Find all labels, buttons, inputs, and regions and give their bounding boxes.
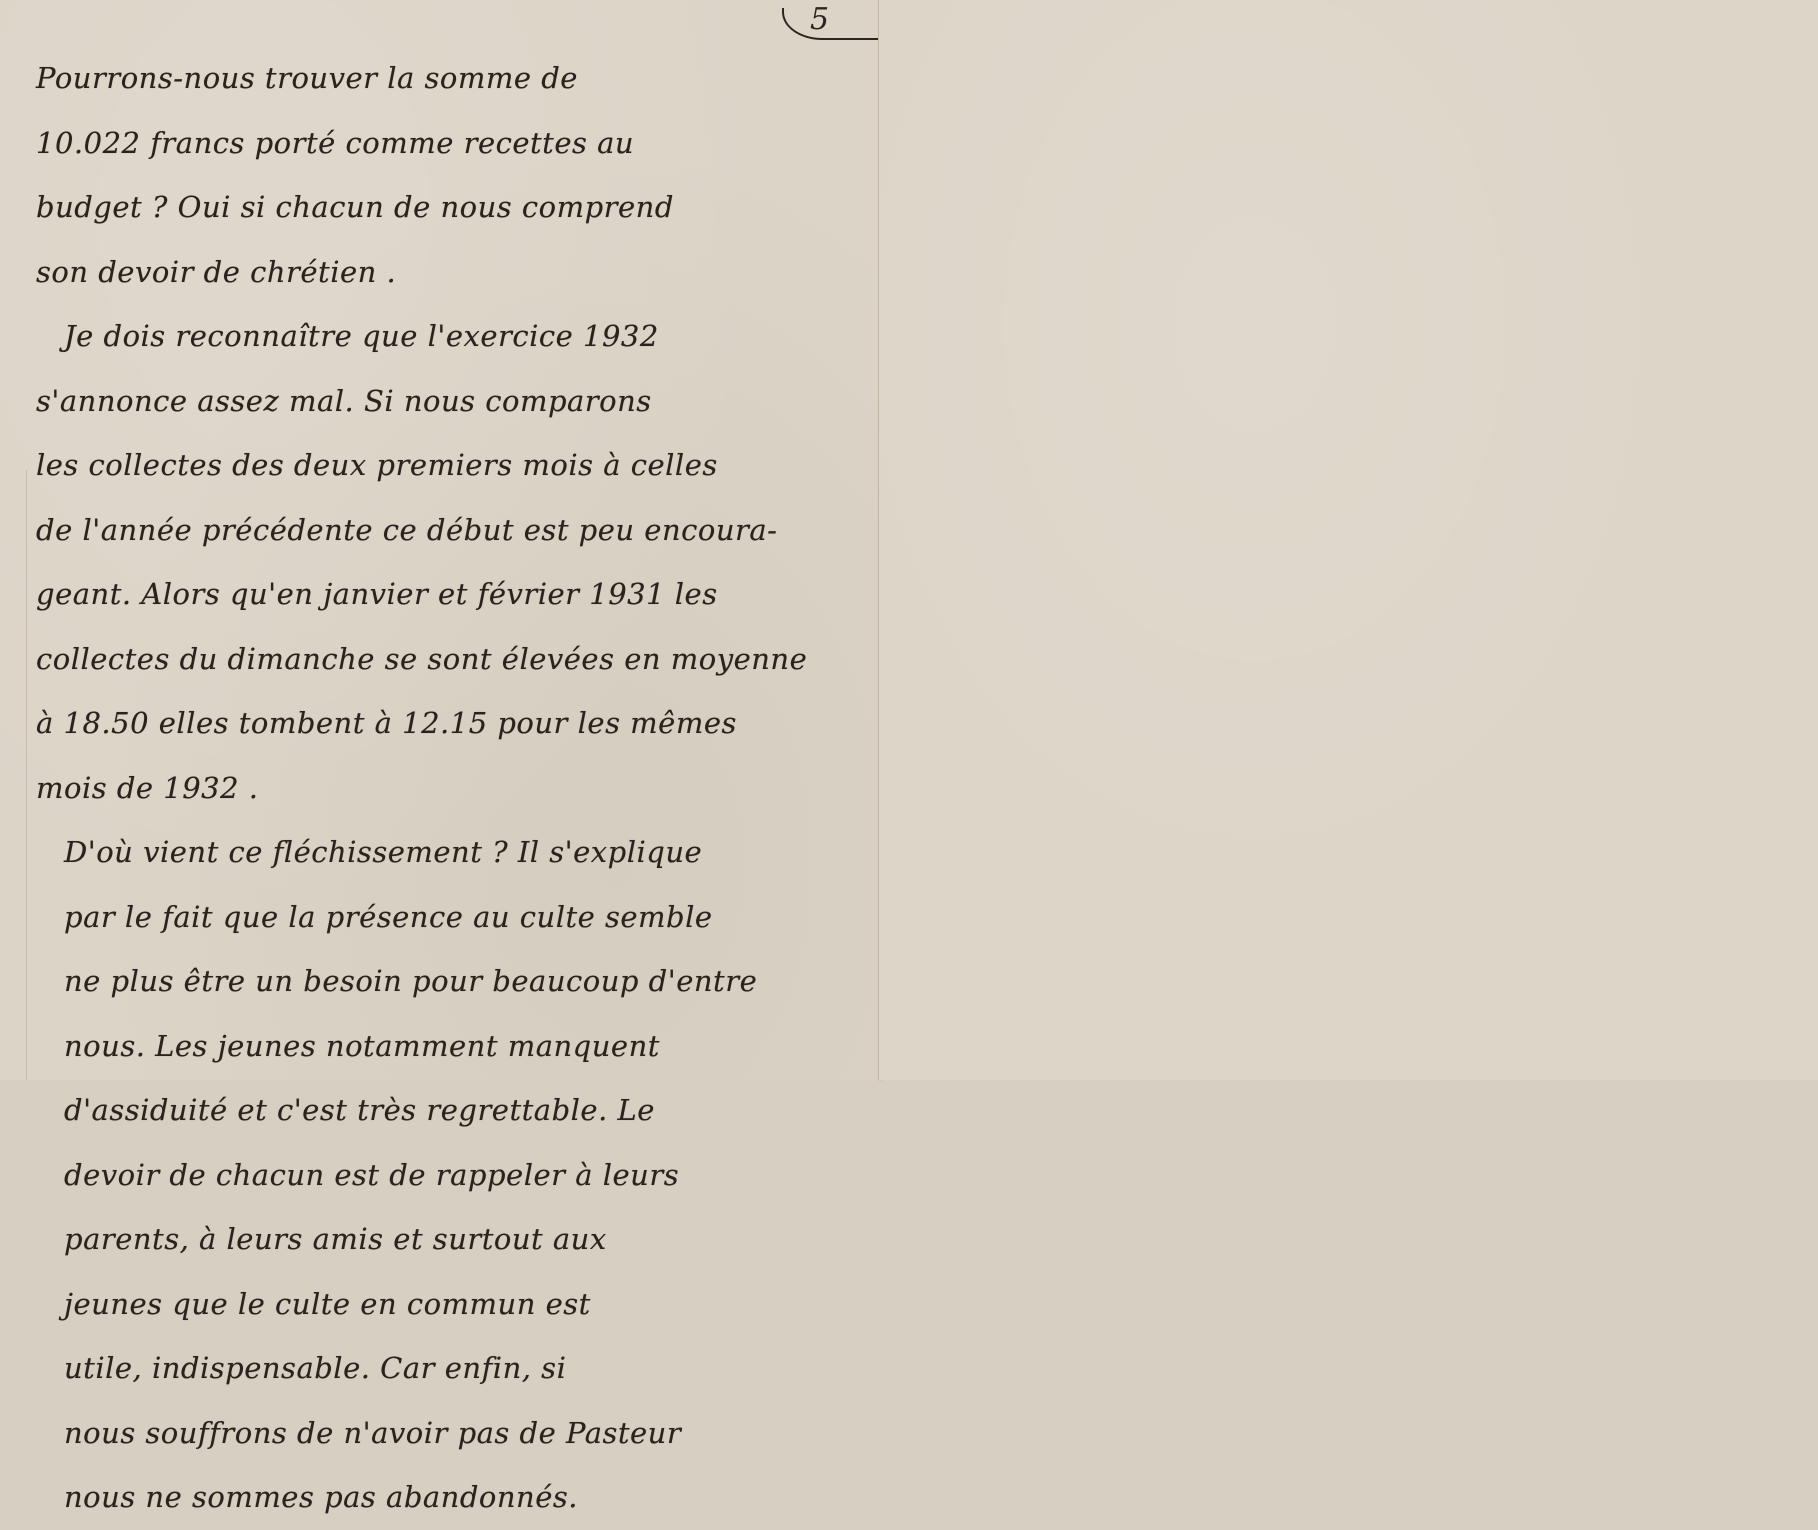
page-number-left: 5 [810,2,829,37]
text-line: Je dois reconnaître que l'exercice 1932 [36,304,876,369]
text-line: D'où vient ce fléchissement ? Il s'expli… [36,820,876,885]
text-line: de l'année précédente ce début est peu e… [36,498,876,563]
text-line: s'annonce assez mal. Si nous comparons [36,369,876,434]
left-page: 5 Pourrons-nous trouver la somme de 10.0… [0,0,879,1080]
text-line: nous. Les jeunes notamment manquent [36,1014,876,1079]
text-line: collectes du dimanche se sont élevées en… [36,627,876,692]
text-line: budget ? Oui si chacun de nous comprend [36,175,876,240]
text-line: les collectes des deux premiers mois à c… [36,433,876,498]
margin-rule [26,470,27,1080]
text-line: mois de 1932 . [36,756,876,821]
text-line: à 18.50 elles tombent à 12.15 pour les m… [36,691,876,756]
text-line: 10.022 francs porté comme recettes au [36,111,876,176]
text-line: geant. Alors qu'en janvier et février 19… [36,562,876,627]
left-page-text: Pourrons-nous trouver la somme de 10.022… [36,46,876,1080]
document-spread: 5 Pourrons-nous trouver la somme de 10.0… [0,0,1818,1080]
text-line: Pourrons-nous trouver la somme de [36,46,876,111]
text-line: ne plus être un besoin pour beaucoup d'e… [36,949,876,1014]
right-page: 6 Monsieur Dejarnac a bien voulu se char… [879,0,1818,1080]
text-line: son devoir de chrétien . [36,240,876,305]
text-line: par le fait que la présence au culte sem… [36,885,876,950]
